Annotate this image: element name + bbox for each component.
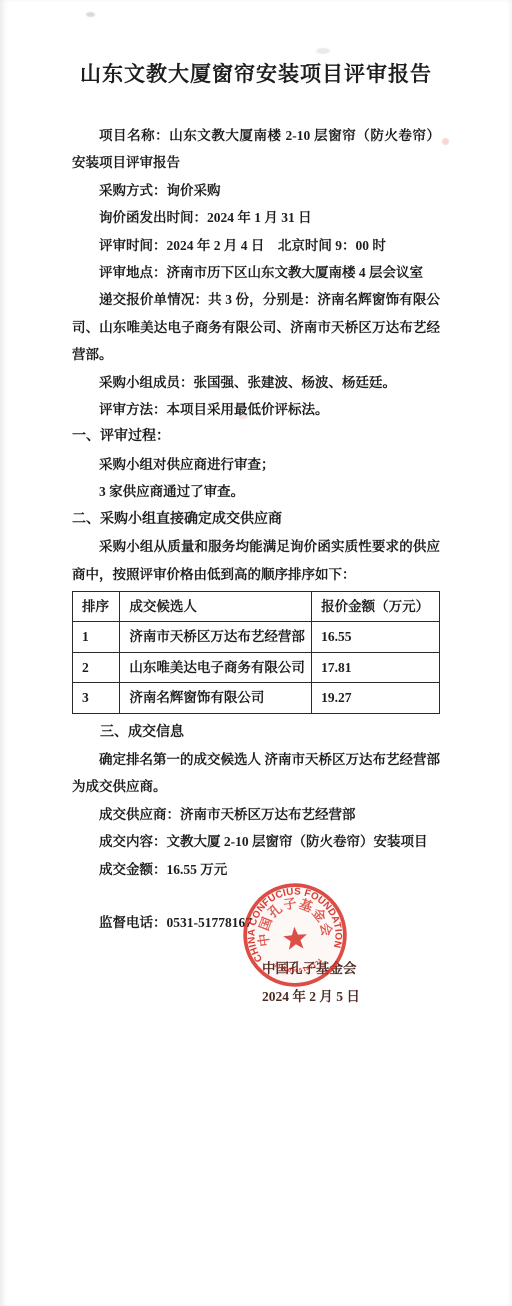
scan-noise-speck [442,138,449,145]
paragraph-review-time: 评审时间：2024 年 2 月 4 日 北京时间 9：00 时 [72,232,440,259]
section1-heading: 一、评审过程： [72,423,440,450]
header-candidate: 成交候选人 [120,591,312,621]
signature-block: 中国孔子基金会 2024 年 2 月 5 日 [262,955,440,1010]
paragraph-deal-amount: 成交金额：16.55 万元 [72,856,440,883]
paragraph-procurement-method: 采购方式：询价采购 [72,177,440,204]
scan-noise-speck [316,48,330,54]
cell-candidate: 山东唯美达电子商务有限公司 [120,652,312,682]
cell-price: 19.27 [312,683,440,713]
cell-price: 17.81 [312,652,440,682]
document-title: 山东文教大厦窗帘安装项目评审报告 [46,58,466,88]
scan-noise-speck [86,12,95,17]
section2-intro: 采购小组从质量和服务均能满足询价函实质性要求的供应商中，按照评审价格由低到高的顺… [72,533,440,588]
paragraph-quotes-submitted: 递交报价单情况：共 3 份，分别是：济南名辉窗饰有限公司、山东唯美达电子商务有限… [72,286,440,368]
paragraph-review-method: 评审方法：本项目采用最低价评标法。 [72,396,440,423]
section3-heading: 三、成交信息 [72,719,440,746]
table-row: 3 济南名辉窗饰有限公司 19.27 [73,683,440,713]
signature-date: 2024 年 2 月 5 日 [262,983,440,1010]
paragraph-inquiry-sent-time: 询价函发出时间：2024 年 1 月 31 日 [72,204,440,231]
cell-rank: 2 [73,652,120,682]
paragraph-review-place: 评审地点：济南市历下区山东文教大厦南楼 4 层会议室 [72,259,440,286]
paragraph-project-name: 项目名称：山东文教大厦南楼 2-10 层窗帘（防火卷帘）安装项目评审报告 [72,122,440,177]
section2-heading: 二、采购小组直接确定成交供应商 [72,506,440,533]
cell-rank: 3 [73,683,120,713]
section3-line1: 确定排名第一的成交候选人 济南市天桥区万达布艺经营部为成交供应商。 [72,746,440,801]
cell-candidate: 济南名辉窗饰有限公司 [120,683,312,713]
header-rank: 排序 [73,591,120,621]
header-price: 报价金额（万元） [312,591,440,621]
cell-price: 16.55 [312,622,440,652]
table-row: 2 山东唯美达电子商务有限公司 17.81 [73,652,440,682]
bid-ranking-table: 排序 成交候选人 报价金额（万元） 1 济南市天桥区万达布艺经营部 16.55 … [72,591,440,714]
signature-org: 中国孔子基金会 [262,955,440,982]
paragraph-deal-supplier: 成交供应商：济南市天桥区万达布艺经营部 [72,801,440,828]
paragraph-deal-content: 成交内容：文教大厦 2-10 层窗帘（防火卷帘）安装项目 [72,828,440,855]
table-row: 1 济南市天桥区万达布艺经营部 16.55 [73,622,440,652]
cell-rank: 1 [73,622,120,652]
section1-line2: 3 家供应商通过了审查。 [72,478,440,505]
cell-candidate: 济南市天桥区万达布艺经营部 [120,622,312,652]
paragraph-supervise-phone: 监督电话：0531-51778167 [72,909,440,936]
section1-line1: 采购小组对供应商进行审查； [72,451,440,478]
table-header-row: 排序 成交候选人 报价金额（万元） [73,591,440,621]
document-body: 项目名称：山东文教大厦南楼 2-10 层窗帘（防火卷帘）安装项目评审报告 采购方… [72,122,440,1010]
paragraph-team-members: 采购小组成员：张国强、张建波、杨波、杨廷廷。 [72,369,440,396]
